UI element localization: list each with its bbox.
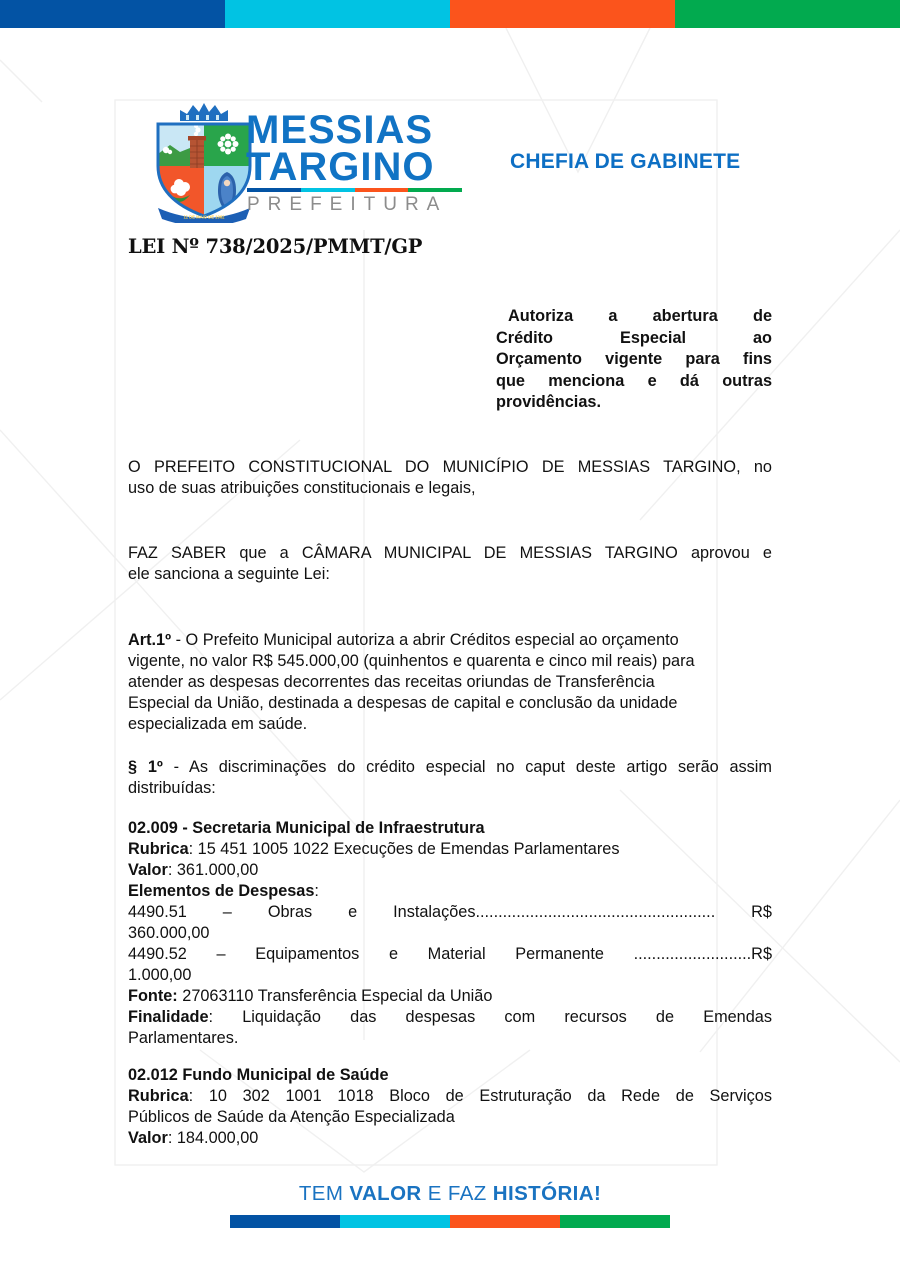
text-run: 4490.52 – Equipamentos e Material Perman… [128,945,772,963]
brand-underline-bar [247,188,462,192]
text-run: TEM [299,1182,350,1205]
text-run: 4490.51 – Obras e Instalações...........… [128,903,772,921]
text-run: 27063110 Transferência Especial da União [178,987,493,1005]
text-line: Rubrica: 10 302 1001 1018 Bloco de Estru… [128,1086,772,1107]
text-line: Especial da União, destinada a despesas … [128,693,772,714]
text-run: Art.1º [128,631,171,649]
text-run: Parlamentares. [128,1029,238,1047]
text-line: Art.1º - O Prefeito Municipal autoriza a… [128,630,772,651]
bar-segment [247,188,301,192]
bar-segment [355,188,409,192]
text-run: : 10 302 1001 1018 Bloco de Estruturação… [189,1087,772,1105]
text-run: Elementos de Despesas [128,882,314,900]
text-run: uso de suas atribuições constitucionais … [128,479,476,497]
text-run: E FAZ [422,1182,493,1205]
text-line: 1.000,00 [128,965,772,986]
text-run: Rubrica [128,840,189,858]
text-line: FAZ SABER que a CÂMARA MUNICIPAL DE MESS… [128,543,772,564]
text-line: 02.009 - Secretaria Municipal de Infraes… [128,818,772,839]
brand-wordmark: MESSIAS TARGINO PREFEITURA [246,112,466,186]
text-line: Rubrica: 15 451 1005 1022 Execuções de E… [128,839,772,860]
bar-segment [675,0,900,28]
text-run: Orçamento vigente para fins [496,350,772,368]
text-line: Valor: 184.000,00 [128,1128,772,1149]
brand-line-2: TARGINO [246,149,466,186]
text-run: Crédito Especial ao [496,329,772,347]
bar-segment [0,0,225,28]
text-run: - O Prefeito Municipal autoriza a abrir … [171,631,679,649]
text-line: distribuídas: [128,778,772,799]
brand-line-1: MESSIAS [246,112,466,149]
text-line: Elementos de Despesas: [128,881,772,902]
text-run: Valor [128,1129,168,1147]
text-line: 02.012 Fundo Municipal de Saúde [128,1065,772,1086]
text-line: Crédito Especial ao [496,328,772,350]
text-run: - As discriminações do crédito especial … [163,758,772,776]
text-run: ele sanciona a seguinte Lei: [128,565,330,583]
bar-segment [225,0,450,28]
bar-segment [340,1215,450,1228]
text-run: providências. [496,393,601,411]
text-run: Autoriza a abertura de [508,307,772,325]
brand-subtitle: PREFEITURA [247,194,447,216]
text-run: : 361.000,00 [168,861,259,879]
text-run: Fonte: [128,987,178,1005]
text-line: ele sanciona a seguinte Lei: [128,564,772,585]
text-run: : Liquidação das despesas com recursos d… [209,1008,772,1026]
text-line: vigente, no valor R$ 545.000,00 (quinhen… [128,651,772,672]
text-line: Valor: 361.000,00 [128,860,772,881]
text-run: atender as despesas decorrentes das rece… [128,673,655,691]
text-run: Rubrica [128,1087,189,1105]
paragraph-faz-saber: FAZ SABER que a CÂMARA MUNICIPAL DE MESS… [128,543,772,585]
paragraph-1: § 1º - As discriminações do crédito espe… [128,757,772,799]
text-line: 4490.51 – Obras e Instalações...........… [128,902,772,923]
text-line: 360.000,00 [128,923,772,944]
article-1: Art.1º - O Prefeito Municipal autoriza a… [128,630,772,735]
text-line: Parlamentares. [128,1028,772,1049]
text-line: que menciona e dá outras [496,371,772,393]
footer-slogan: TEM VALOR E FAZ HISTÓRIA! [0,1182,900,1206]
footer-color-bar [230,1215,670,1228]
text-run: distribuídas: [128,779,216,797]
text-line: atender as despesas decorrentes das rece… [128,672,772,693]
text-run: Finalidade [128,1008,209,1026]
city-crest: 11 DE MAIO DE 1962 [150,101,258,223]
text-line: Orçamento vigente para fins [496,349,772,371]
text-line: Finalidade: Liquidação das despesas com … [128,1007,772,1028]
bar-segment [408,188,462,192]
text-run: que menciona e dá outras [496,372,772,390]
bar-segment [560,1215,670,1228]
law-number: LEI Nº 738/2025/PMMT/GP [128,236,422,257]
bar-segment [301,188,355,192]
text-run: 1.000,00 [128,966,191,984]
text-run: VALOR [349,1182,421,1205]
text-run: : 184.000,00 [168,1129,259,1147]
text-line: Fonte: 27063110 Transferência Especial d… [128,986,772,1007]
crest-ribbon-text: 11 DE MAIO DE 1962 [184,215,226,220]
text-line: providências. [496,392,772,414]
text-run: : [314,882,319,900]
text-run: especializada em saúde. [128,715,307,733]
department-title: CHEFIA DE GABINETE [510,150,740,174]
text-run: FAZ SABER que a CÂMARA MUNICIPAL DE MESS… [128,544,772,562]
text-run: : 15 451 1005 1022 Execuções de Emendas … [189,840,620,858]
text-line: § 1º - As discriminações do crédito espe… [128,757,772,778]
ementa-block: Autoriza a abertura deCrédito Especial a… [496,306,772,414]
section-02-012: 02.012 Fundo Municipal de SaúdeRubrica: … [128,1065,772,1149]
bar-segment [450,0,675,28]
bar-segment [450,1215,560,1228]
text-run: Especial da União, destinada a despesas … [128,694,677,712]
text-run: HISTÓRIA! [493,1182,601,1205]
text-line: Autoriza a abertura de [496,306,772,328]
top-color-bar [0,0,900,28]
text-run: 02.009 - Secretaria Municipal de Infraes… [128,819,485,837]
text-line: uso de suas atribuições constitucionais … [128,478,772,499]
text-run: 02.012 Fundo Municipal de Saúde [128,1066,389,1084]
text-run: 360.000,00 [128,924,210,942]
text-run: O PREFEITO CONSTITUCIONAL DO MUNICÍPIO D… [128,458,772,476]
text-run: § 1º [128,758,163,776]
text-line: Públicos de Saúde da Atenção Especializa… [128,1107,772,1128]
section-02-009: 02.009 - Secretaria Municipal de Infraes… [128,818,772,1049]
paragraph-prefeito: O PREFEITO CONSTITUCIONAL DO MUNICÍPIO D… [128,457,772,499]
document-page: 11 DE MAIO DE 1962 MESSIAS TARGINO PREFE… [0,0,900,1272]
text-run: vigente, no valor R$ 545.000,00 (quinhen… [128,652,695,670]
text-line: especializada em saúde. [128,714,772,735]
bar-segment [230,1215,340,1228]
text-run: Públicos de Saúde da Atenção Especializa… [128,1108,455,1126]
text-run: Valor [128,861,168,879]
text-line: 4490.52 – Equipamentos e Material Perman… [128,944,772,965]
text-line: O PREFEITO CONSTITUCIONAL DO MUNICÍPIO D… [128,457,772,478]
